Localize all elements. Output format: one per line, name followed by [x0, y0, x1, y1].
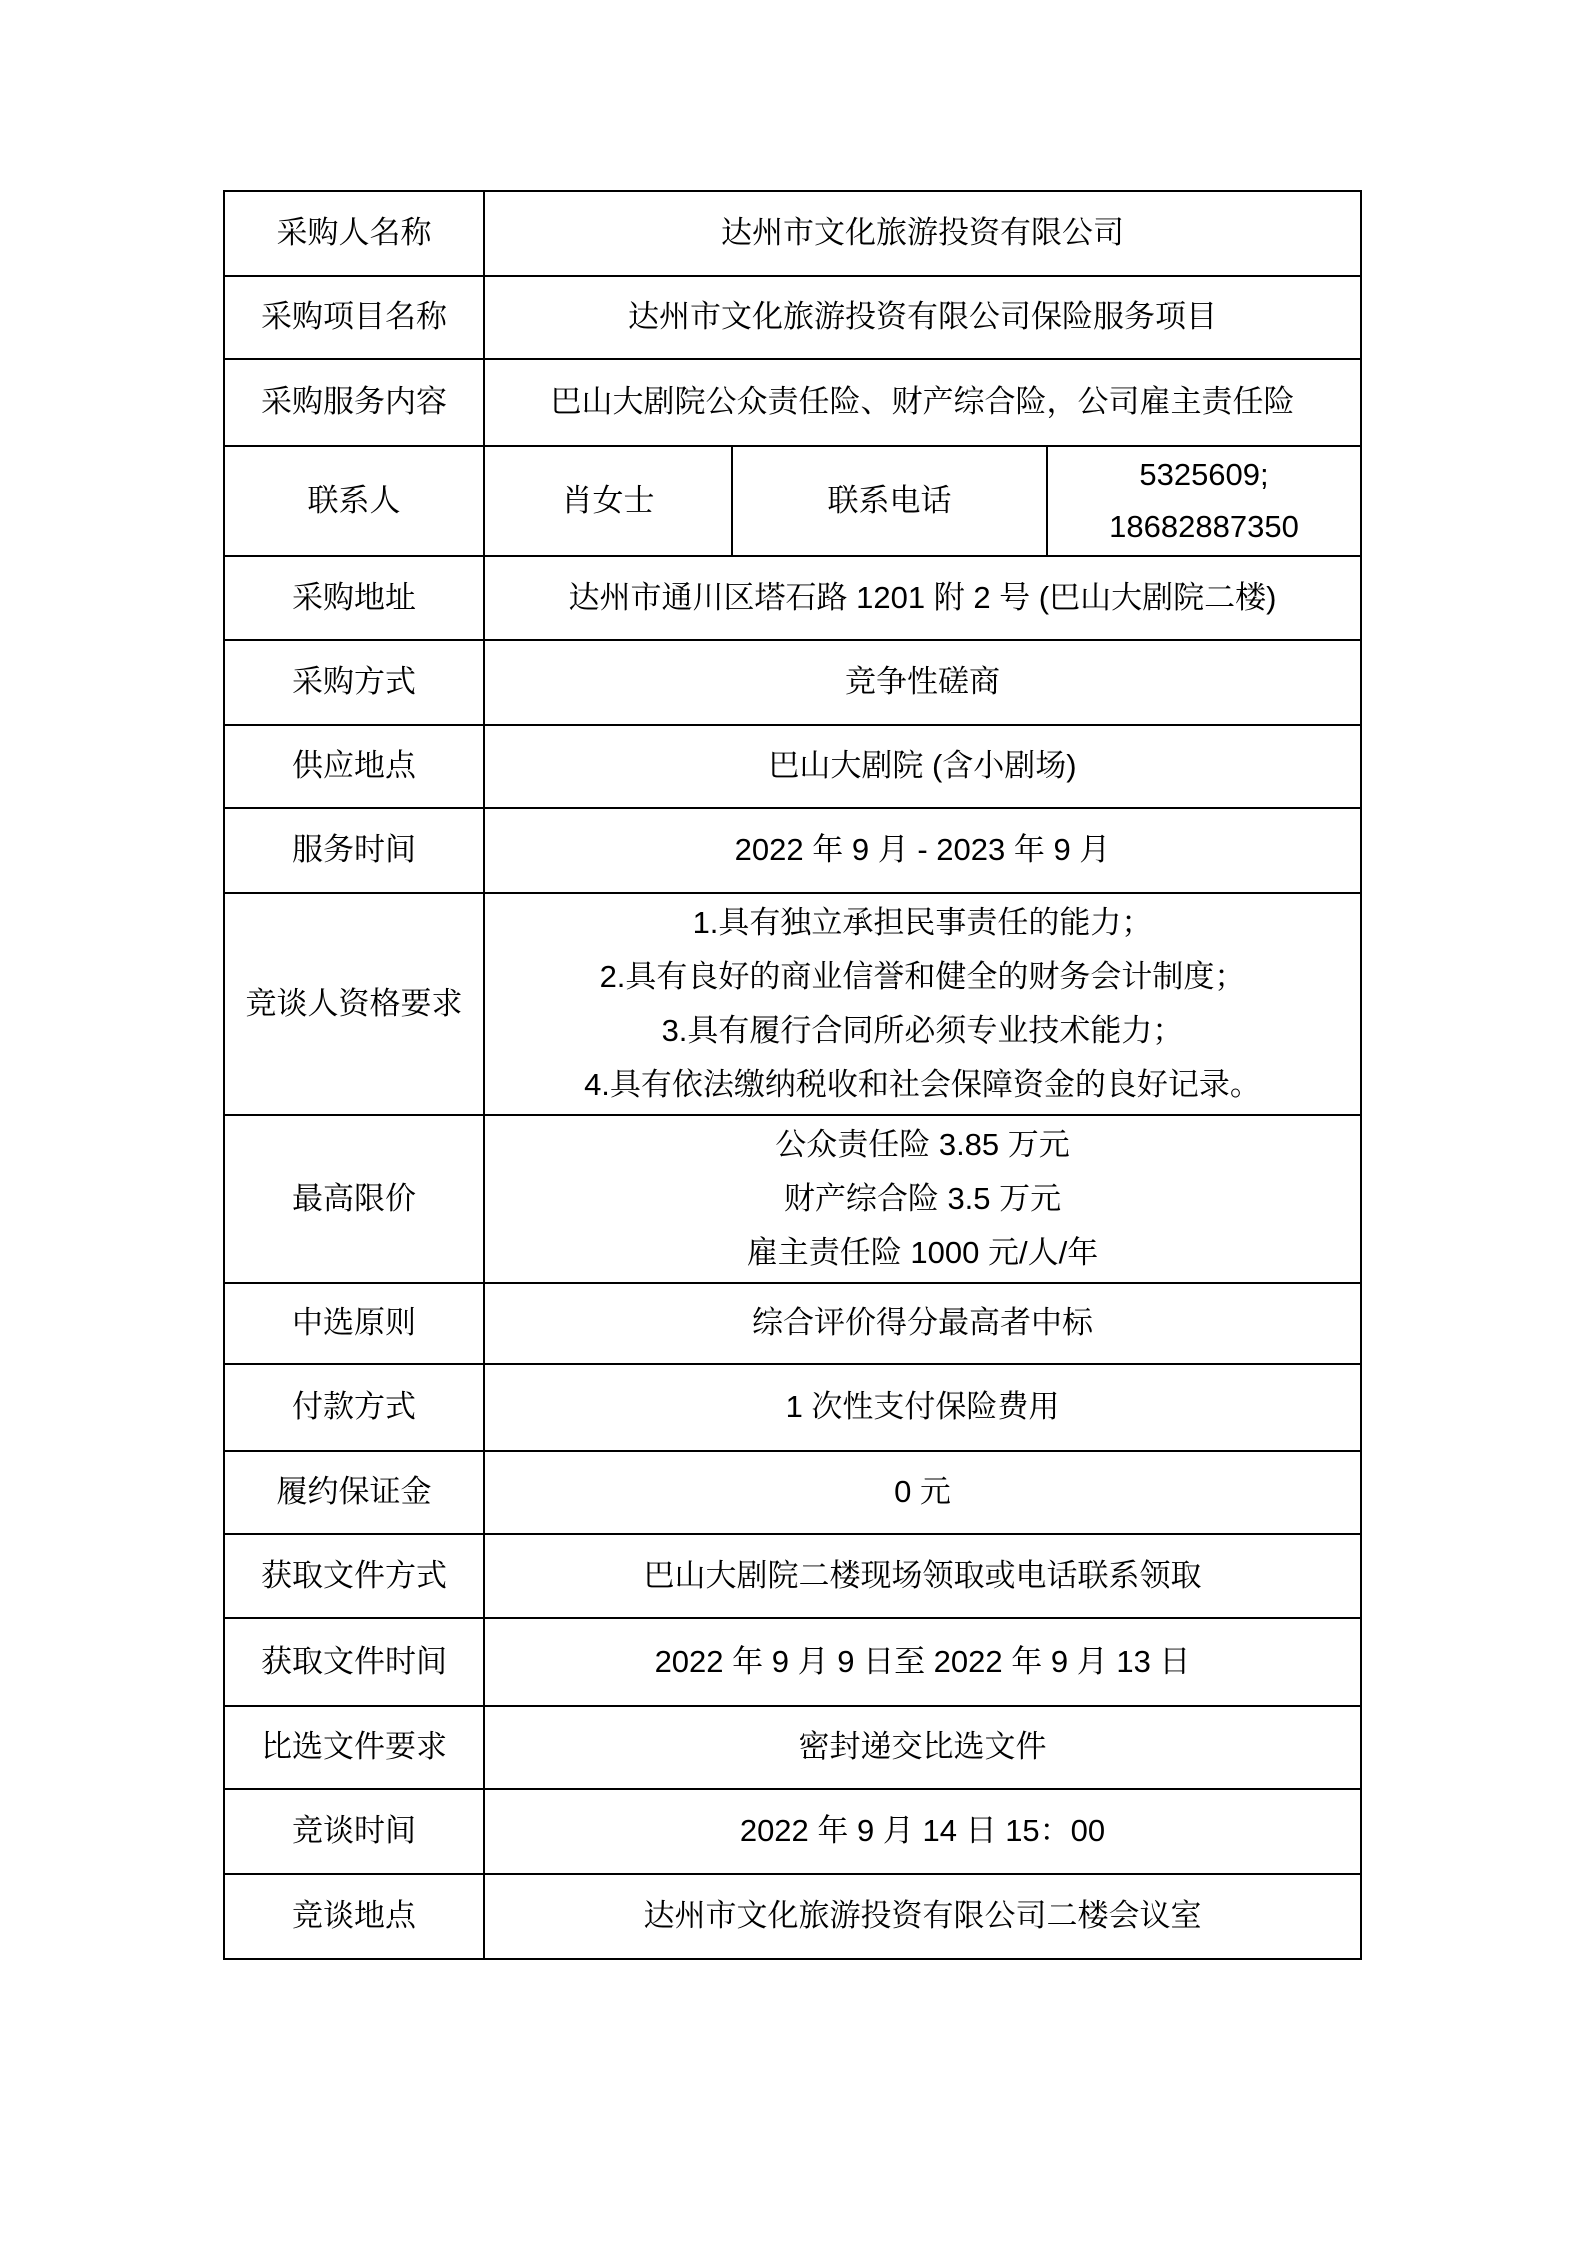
- row-label: 采购项目名称: [224, 276, 484, 359]
- row-value: 巴山大剧院公众责任险、财产综合险，公司雇主责任险: [484, 359, 1361, 446]
- row-label: 采购人名称: [224, 191, 484, 276]
- price-line: 公众责任险 3.85 万元: [491, 1118, 1354, 1172]
- row-value: 竞争性磋商: [484, 640, 1361, 725]
- row-value: 达州市文化旅游投资有限公司保险服务项目: [484, 276, 1361, 359]
- row-value: 综合评价得分最高者中标: [484, 1283, 1361, 1364]
- row-label: 联系人: [224, 446, 484, 556]
- row-value: 1 次性支付保险费用: [484, 1364, 1361, 1451]
- document-page: 采购人名称 达州市文化旅游投资有限公司 采购项目名称 达州市文化旅游投资有限公司…: [0, 0, 1587, 2245]
- row-value: 巴山大剧院 (含小剧场): [484, 725, 1361, 808]
- table-row-document-obtain-method: 获取文件方式 巴山大剧院二楼现场领取或电话联系领取: [224, 1534, 1361, 1618]
- table-row-supply-location: 供应地点 巴山大剧院 (含小剧场): [224, 725, 1361, 808]
- table-row-bid-document-requirement: 比选文件要求 密封递交比选文件: [224, 1706, 1361, 1789]
- row-label: 竞谈人资格要求: [224, 893, 484, 1115]
- row-label: 中选原则: [224, 1283, 484, 1364]
- table-row-purchase-address: 采购地址 达州市通川区塔石路 1201 附 2 号 (巴山大剧院二楼): [224, 556, 1361, 640]
- table-row-purchaser-name: 采购人名称 达州市文化旅游投资有限公司: [224, 191, 1361, 276]
- row-label: 采购方式: [224, 640, 484, 725]
- table-row-service-content: 采购服务内容 巴山大剧院公众责任险、财产综合险，公司雇主责任险: [224, 359, 1361, 446]
- table-row-qualification-requirements: 竞谈人资格要求 1.具有独立承担民事责任的能力； 2.具有良好的商业信誉和健全的…: [224, 893, 1361, 1115]
- table-row-payment-method: 付款方式 1 次性支付保险费用: [224, 1364, 1361, 1451]
- row-label: 竞谈时间: [224, 1789, 484, 1874]
- row-label: 竞谈地点: [224, 1874, 484, 1959]
- table-row-negotiation-time: 竞谈时间 2022 年 9 月 14 日 15：00: [224, 1789, 1361, 1874]
- row-value: 2022 年 9 月 14 日 15：00: [484, 1789, 1361, 1874]
- table-row-performance-bond: 履约保证金 0 元: [224, 1451, 1361, 1534]
- table-row-max-price: 最高限价 公众责任险 3.85 万元 财产综合险 3.5 万元 雇主责任险 10…: [224, 1115, 1361, 1283]
- requirement-line: 2.具有良好的商业信誉和健全的财务会计制度；: [491, 950, 1354, 1004]
- price-line: 财产综合险 3.5 万元: [491, 1172, 1354, 1226]
- row-value: 1.具有独立承担民事责任的能力； 2.具有良好的商业信誉和健全的财务会计制度； …: [484, 893, 1361, 1115]
- row-value: 达州市文化旅游投资有限公司二楼会议室: [484, 1874, 1361, 1959]
- row-label: 采购服务内容: [224, 359, 484, 446]
- table-row-purchase-method: 采购方式 竞争性磋商: [224, 640, 1361, 725]
- row-value: 2022 年 9 月 - 2023 年 9 月: [484, 808, 1361, 893]
- requirement-line: 3.具有履行合同所必须专业技术能力；: [491, 1004, 1354, 1058]
- row-value: 巴山大剧院二楼现场领取或电话联系领取: [484, 1534, 1361, 1618]
- row-value: 0 元: [484, 1451, 1361, 1534]
- row-value: 达州市通川区塔石路 1201 附 2 号 (巴山大剧院二楼): [484, 556, 1361, 640]
- table-row-negotiation-location: 竞谈地点 达州市文化旅游投资有限公司二楼会议室: [224, 1874, 1361, 1959]
- row-label: 服务时间: [224, 808, 484, 893]
- row-label: 付款方式: [224, 1364, 484, 1451]
- row-value: 达州市文化旅游投资有限公司: [484, 191, 1361, 276]
- phone-line: 18682887350: [1054, 501, 1354, 553]
- phone-numbers: 5325609; 18682887350: [1047, 446, 1361, 556]
- procurement-info-table: 采购人名称 达州市文化旅游投资有限公司 采购项目名称 达州市文化旅游投资有限公司…: [223, 190, 1362, 1960]
- table-row-service-period: 服务时间 2022 年 9 月 - 2023 年 9 月: [224, 808, 1361, 893]
- table-row-contact: 联系人 肖女士 联系电话 5325609; 18682887350: [224, 446, 1361, 556]
- row-label: 供应地点: [224, 725, 484, 808]
- row-value: 密封递交比选文件: [484, 1706, 1361, 1789]
- contact-name: 肖女士: [484, 446, 732, 556]
- row-value: 公众责任险 3.85 万元 财产综合险 3.5 万元 雇主责任险 1000 元/…: [484, 1115, 1361, 1283]
- row-label: 最高限价: [224, 1115, 484, 1283]
- row-label: 获取文件方式: [224, 1534, 484, 1618]
- requirement-line: 4.具有依法缴纳税收和社会保障资金的良好记录。: [491, 1058, 1354, 1112]
- row-label: 采购地址: [224, 556, 484, 640]
- price-line: 雇主责任险 1000 元/人/年: [491, 1226, 1354, 1280]
- phone-line: 5325609;: [1054, 449, 1354, 501]
- row-label: 比选文件要求: [224, 1706, 484, 1789]
- row-label: 获取文件时间: [224, 1618, 484, 1706]
- row-value: 2022 年 9 月 9 日至 2022 年 9 月 13 日: [484, 1618, 1361, 1706]
- row-label: 履约保证金: [224, 1451, 484, 1534]
- table-row-document-obtain-time: 获取文件时间 2022 年 9 月 9 日至 2022 年 9 月 13 日: [224, 1618, 1361, 1706]
- phone-label: 联系电话: [732, 446, 1047, 556]
- table-row-selection-principle: 中选原则 综合评价得分最高者中标: [224, 1283, 1361, 1364]
- table-row-project-name: 采购项目名称 达州市文化旅游投资有限公司保险服务项目: [224, 276, 1361, 359]
- requirement-line: 1.具有独立承担民事责任的能力；: [491, 896, 1354, 950]
